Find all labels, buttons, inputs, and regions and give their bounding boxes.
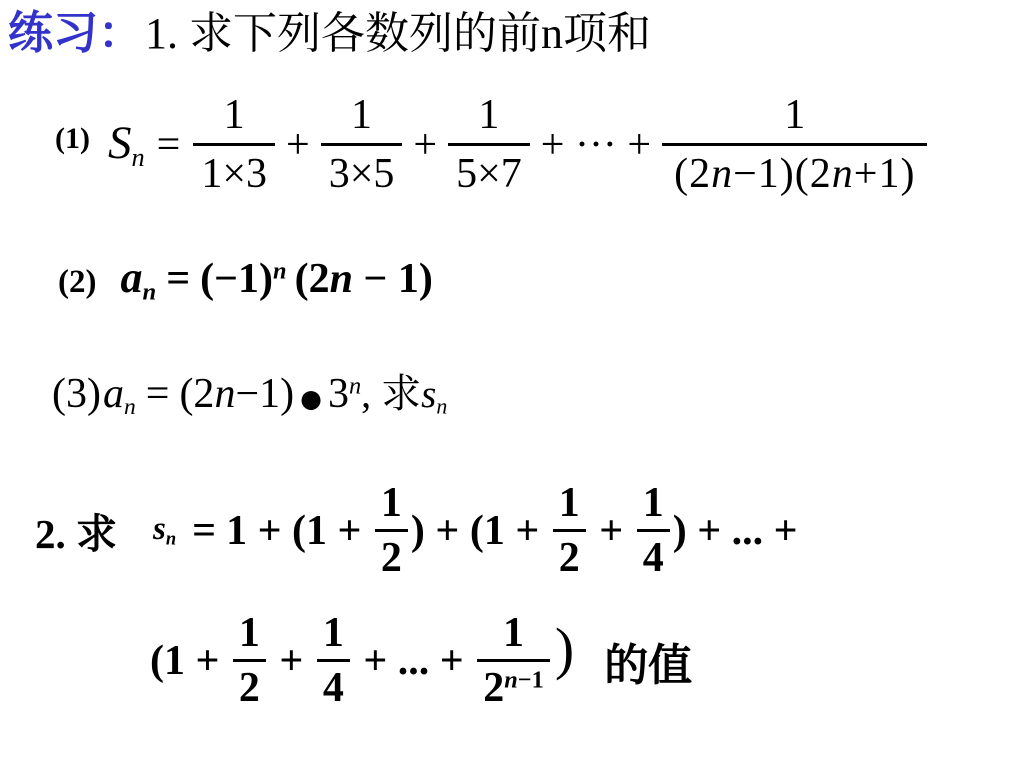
den-base: 2 — [483, 665, 504, 711]
var-a-subscript: n — [124, 394, 136, 420]
plus-ellipsis-text: ) + ... + — [673, 507, 808, 555]
problem-2-line-2: (1 + 1 2 + 1 4 + ... + 1 2n−1 ) 的值 — [150, 612, 692, 709]
fraction-one-half: 1 2 — [375, 482, 408, 579]
fraction-one-over-2-pow-n-1: 1 2n−1 — [477, 612, 550, 709]
var-a: a — [103, 371, 124, 417]
equals-sign: = — [192, 507, 216, 555]
fraction-denominator: 1×3 — [193, 143, 275, 195]
fraction-numerator: 1 — [343, 94, 380, 143]
terms-text: (1 + — [150, 637, 230, 685]
plus-sign: + — [413, 121, 437, 169]
fraction-1-over-5x7: 1 5×7 — [448, 94, 530, 195]
factor-text: (2 — [295, 255, 330, 303]
fraction-1-over-3x5: 1 3×5 — [321, 94, 403, 195]
multiplication-dot: ● — [300, 384, 322, 413]
fraction-denominator: 2 — [375, 529, 408, 579]
title-prefix: 练习： — [8, 8, 143, 58]
sequence-sum-symbol: Sn — [108, 116, 145, 173]
sequence-term-symbol: an — [103, 370, 136, 421]
formula-item-3: (3) an = (2n−1) ● 3n , 求 sn — [52, 362, 447, 421]
plus-sign: + — [269, 637, 314, 685]
fraction-numerator: 1 — [637, 482, 670, 529]
formula-item-1: (1) Sn = 1 1×3 + 1 3×5 + 1 5×7 + ··· + 1… — [55, 94, 930, 195]
fraction-denominator: (2n−1)(2n+1) — [662, 143, 927, 195]
fraction-one-quarter: 1 4 — [317, 612, 350, 709]
var-S: S — [108, 117, 132, 169]
problem-2-line-1: 2. 求 sn = 1 + (1 + 1 2 ) + (1 + 1 2 + 1 … — [35, 482, 808, 579]
var-s-subscript: n — [436, 395, 447, 419]
fraction-1-over-1x3: 1 1×3 — [193, 94, 275, 195]
fraction-one-half: 1 2 — [233, 612, 266, 709]
fraction-numerator: 1 — [497, 612, 530, 659]
exponent-n: n — [273, 258, 287, 285]
var-n: n — [711, 151, 733, 197]
exponent-n: n — [504, 667, 518, 694]
base-text: (−1) — [200, 256, 273, 302]
var-a-subscript: n — [142, 278, 156, 305]
fraction-numerator: 1 — [317, 612, 350, 659]
var-s: s — [153, 511, 166, 547]
terms-text: 1 + (1 + — [226, 507, 372, 555]
title-body: 1. 求下列各数列的前n项和 — [145, 10, 651, 58]
var-n: n — [832, 151, 854, 197]
fraction-general-term: 1 (2n−1)(2n+1) — [662, 94, 927, 195]
formula-item-2: (2) an = (−1)n (2n − 1) — [58, 252, 433, 306]
fraction-numerator: 1 — [233, 612, 266, 659]
fraction-numerator: 1 — [375, 482, 408, 529]
var-a: a — [120, 253, 142, 302]
base-text: 3 — [328, 371, 349, 417]
title-row: 练习： 1. 求下列各数列的前n项和 — [8, 8, 651, 58]
fraction-denominator: 4 — [637, 529, 670, 579]
fraction-numerator: 1 — [216, 94, 253, 143]
var-n: n — [214, 370, 235, 418]
closing-paren: ) — [555, 615, 574, 682]
item-2-label: (2) — [58, 264, 96, 301]
power-base: 3n — [328, 370, 361, 418]
factor-text: − 1) — [353, 255, 433, 303]
den-text: (2 — [674, 151, 711, 197]
equals-sign: = — [146, 370, 170, 418]
sum-symbol: sn — [153, 511, 176, 550]
fraction-one-quarter: 1 4 — [637, 482, 670, 579]
item-3-label: (3) — [52, 370, 101, 418]
plus-sign: + — [286, 121, 310, 169]
value-of-text: 的值 — [604, 629, 692, 693]
plus-ellipsis-plus: + ··· + — [541, 121, 651, 169]
var-s: s — [421, 373, 436, 416]
slide-canvas: 练习： 1. 求下列各数列的前n项和 (1) Sn = 1 1×3 + 1 3×… — [0, 0, 1024, 768]
fraction-denominator: 2n−1 — [477, 659, 550, 709]
fraction-numerator: 1 — [776, 94, 813, 143]
exponent-n: n — [349, 373, 361, 400]
den-text: −1)(2 — [733, 151, 832, 197]
power-base: (−1)n — [200, 255, 286, 303]
fraction-denominator: 2 — [233, 659, 266, 709]
equals-sign: = — [166, 255, 190, 303]
den-text: +1) — [854, 151, 916, 197]
fraction-numerator: 1 — [470, 94, 507, 143]
sum-symbol: sn — [421, 372, 447, 420]
var-n: n — [330, 255, 353, 303]
plus-sign: + — [589, 507, 634, 555]
problem-2-label: 2. 求 — [35, 501, 117, 560]
factor-text: (2 — [179, 370, 214, 418]
plus-ellipsis-text: + ... + — [353, 637, 474, 685]
fraction-numerator: 1 — [553, 482, 586, 529]
fraction-denominator: 4 — [317, 659, 350, 709]
fraction-denominator: 2 — [553, 529, 586, 579]
equals-sign: = — [157, 121, 181, 169]
terms-text: ) + (1 + — [411, 507, 550, 555]
comma-find-text: , 求 — [361, 362, 421, 419]
var-s-subscript: n — [166, 529, 176, 549]
var-S-subscript: n — [131, 143, 144, 172]
sequence-term-symbol: an — [120, 252, 156, 306]
item-1-label: (1) — [55, 122, 90, 156]
factor-text: −1) — [235, 370, 294, 418]
exponent-minus-1: −1 — [518, 667, 544, 694]
fraction-denominator: 5×7 — [448, 143, 530, 195]
fraction-one-half: 1 2 — [553, 482, 586, 579]
fraction-denominator: 3×5 — [321, 143, 403, 195]
